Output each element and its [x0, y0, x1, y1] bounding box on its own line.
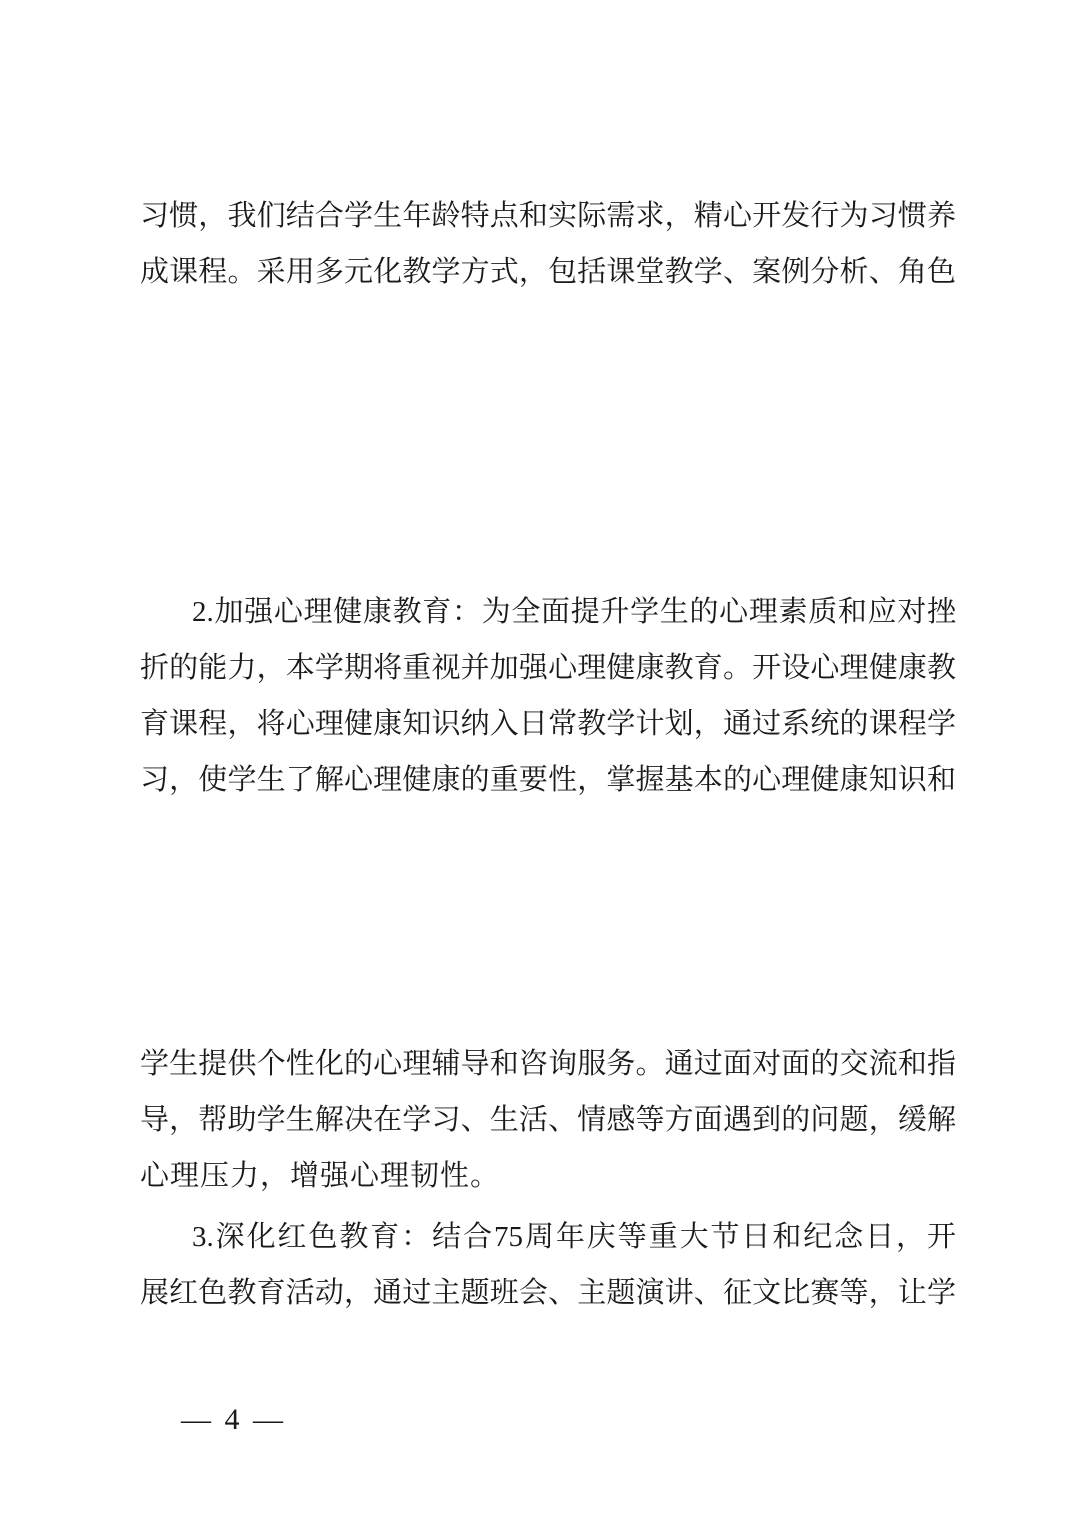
text-line: 学生提供个性化的心理辅导和咨询服务。通过面对面的交流和指	[140, 1036, 956, 1092]
paragraph-mental-health-education: 2.加强心理健康教育：为全面提升学生的心理素质和应对挫 折的能力，本学期将重视并…	[140, 584, 956, 808]
text-line: 折的能力，本学期将重视并加强心理健康教育。开设心理健康教	[140, 640, 956, 696]
text-line: 习，使学生了解心理健康的重要性，掌握基本的心理健康知识和	[140, 752, 956, 808]
text-line: 习惯，我们结合学生年龄特点和实际需求，精心开发行为习惯养	[140, 188, 956, 244]
text-line: 育课程，将心理健康知识纳入日常教学计划，通过系统的课程学	[140, 696, 956, 752]
text-line: 展红色教育活动，通过主题班会、主题演讲、征文比赛等，让学	[140, 1265, 956, 1321]
document-page: 习惯，我们结合学生年龄特点和实际需求，精心开发行为习惯养 成课程。采用多元化教学…	[0, 0, 1080, 1527]
text-line: 3.深化红色教育：结合75周年庆等重大节日和纪念日，开	[140, 1209, 956, 1265]
text-line: 2.加强心理健康教育：为全面提升学生的心理素质和应对挫	[140, 584, 956, 640]
text-line: 心理压力，增强心理韧性。	[140, 1148, 956, 1204]
text-line: 导，帮助学生解决在学习、生活、情感等方面遇到的问题，缓解	[140, 1092, 956, 1148]
paragraph-continued-behavior-habits: 习惯，我们结合学生年龄特点和实际需求，精心开发行为习惯养 成课程。采用多元化教学…	[140, 188, 956, 300]
page-number: — 4 —	[181, 1398, 286, 1442]
text-line: 成课程。采用多元化教学方式，包括课堂教学、案例分析、角色	[140, 244, 956, 300]
paragraph-counseling-services: 学生提供个性化的心理辅导和咨询服务。通过面对面的交流和指 导，帮助学生解决在学习…	[140, 1036, 956, 1204]
paragraph-red-education: 3.深化红色教育：结合75周年庆等重大节日和纪念日，开 展红色教育活动，通过主题…	[140, 1209, 956, 1321]
